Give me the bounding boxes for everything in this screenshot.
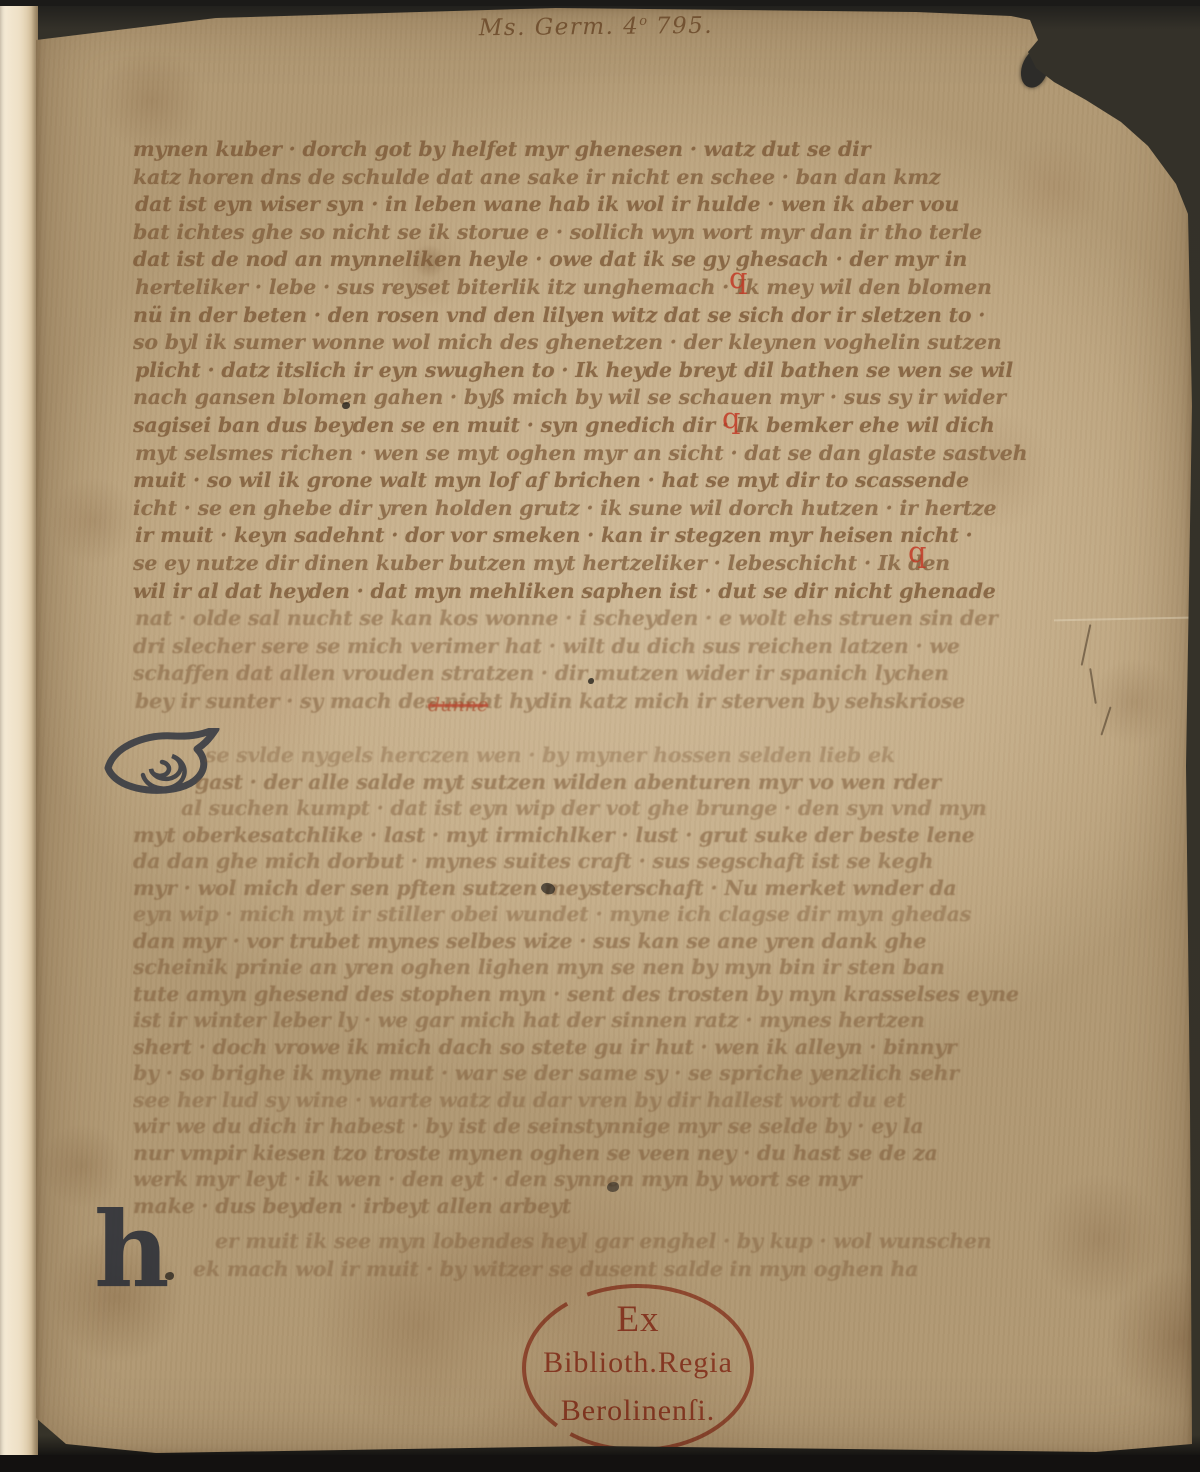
- manuscript-line: wir we du dich ir habest · by ist de sei…: [133, 1113, 1049, 1140]
- manuscript-line: nat · olde sal nucht se kan kos wonne · …: [135, 605, 1049, 633]
- canceled-word: dunne: [428, 694, 488, 716]
- parchment-tear: [1100, 706, 1111, 735]
- shelfmark-inscription: Ms. Germ. 4o 795.: [416, 12, 776, 42]
- parchment-crease: [1054, 617, 1190, 622]
- manuscript-line: myt selsmes richen · wen se myt oghen my…: [135, 440, 1049, 468]
- manuscript-line: dat ist eyn wiser syn · in leben wane ha…: [135, 191, 1049, 219]
- manuscript-line: gast · der alle salde myt sutzen wilden …: [195, 769, 1049, 796]
- photo-background-top: [0, 0, 1200, 6]
- ink-speck: [588, 678, 594, 684]
- library-stamp: Ex Biblioth.Regia Berolinenſi.: [518, 1282, 758, 1454]
- manuscript-line: dan myr · vor trubet mynes selbes wize ·…: [133, 928, 1049, 955]
- manuscript-line: so byl ik sumer wonne wol mich des ghene…: [133, 329, 1049, 357]
- manuscript-line: icht · se en ghebe dir yren holden grutz…: [133, 495, 1049, 523]
- manuscript-line: dri slecher sere se mich verimer hat · w…: [133, 633, 1049, 661]
- shelfmark-prefix: Ms. Germ. 4: [479, 14, 640, 42]
- manuscript-line: myt oberkesatchlike · last · myt irmichl…: [133, 822, 1049, 849]
- manuscript-line: see her lud sy wine · warte watz du dar …: [133, 1087, 1049, 1114]
- manuscript-line: ist ir winter leber ly · we gar mich hat…: [133, 1007, 1049, 1034]
- manuscript-line: ek mach wol ir muit · by witzer se dusen…: [193, 1256, 1051, 1284]
- manuscript-line: herteliker · lebe · sus reyset biterlik …: [135, 274, 1049, 302]
- ink-speck: [607, 1182, 619, 1192]
- ink-speck: [342, 402, 350, 409]
- parchment-tear: [1089, 668, 1097, 704]
- stamp-line-3: Berolinenſi.: [518, 1394, 758, 1428]
- manuscript-line: scheinik prinie an yren oghen lighen myn…: [133, 954, 1049, 981]
- manuscript-line: mynen kuber · dorch got by helfet myr gh…: [133, 136, 1049, 164]
- manuscript-line: plicht · datz itslich ir eyn swughen to …: [135, 357, 1049, 385]
- manuscript-line: dat ist de nod an mynneliken heyle · owe…: [133, 246, 1049, 274]
- manuscript-line: katz horen dns de schulde dat ane sake i…: [133, 164, 1049, 192]
- manuscript-line: shert · doch vrowe ik mich dach so stete…: [133, 1034, 1049, 1061]
- ink-speck: [165, 1272, 174, 1280]
- paraph-mark: q: [729, 264, 748, 293]
- manuscript-line: sagisei ban dus beyden se en muit · syn …: [133, 412, 1049, 440]
- stamp-line-1: Ex: [518, 1298, 758, 1341]
- manuscript-line: tute amyn ghesend des stophen myn · sent…: [133, 981, 1049, 1008]
- flyleaf-binding-edge: [0, 0, 38, 1472]
- manuscript-line: werk myr leyt · ik wen · den eyt · den s…: [133, 1166, 1049, 1193]
- manuscript-line: al suchen kumpt · dat ist eyn wip der vo…: [181, 795, 1049, 822]
- manuscript-line: se svlde nygels herczen wen · by myner h…: [205, 742, 1049, 769]
- manuscript-page: Ms. Germ. 4o 795. mynen kuber · dorch go…: [36, 6, 1192, 1456]
- paraph-mark: q: [722, 404, 741, 433]
- manuscript-line: da dan ghe mich dorbut · mynes suites cr…: [133, 848, 1049, 875]
- text-block-2: se svlde nygels herczen wen · by myner h…: [133, 742, 1049, 1219]
- manuscript-line: er muit ik see myn lobendes heyl gar eng…: [215, 1228, 1051, 1256]
- manuscript-line: eyn wip · mich myt ir stiller obei wunde…: [133, 901, 1049, 928]
- text-block-1: mynen kuber · dorch got by helfet myr gh…: [133, 136, 1049, 715]
- stamp-line-2: Biblioth.Regia: [518, 1346, 758, 1380]
- paraph-mark: q: [908, 538, 927, 567]
- text-block-3: er muit ik see myn lobendes heyl gar eng…: [135, 1228, 1051, 1283]
- manuscript-line: nur vmpir kiesen tzo troste mynen oghen …: [133, 1140, 1049, 1167]
- manuscript-line: myr · wol mich der sen pften sutzen meys…: [133, 875, 1049, 902]
- shelfmark-suffix: 795.: [647, 13, 713, 40]
- manuscript-line: wil ir al dat heyden · dat myn mehliken …: [133, 578, 1049, 606]
- parchment-hole: [1016, 45, 1053, 91]
- manuscript-line: nach gansen blomen gahen · byß mich by w…: [133, 384, 1049, 412]
- manuscript-line: bat ichtes ghe so nicht se ik storue e ·…: [133, 219, 1049, 247]
- manuscript-line: bey ir sunter · sy mach des nicht hydin …: [135, 688, 1049, 716]
- manuscript-line: muit · so wil ik grone walt myn lof af b…: [133, 467, 1049, 495]
- manuscript-line: by · so brighe ik myne mut · war se der …: [133, 1060, 1049, 1087]
- parchment-tear: [1081, 624, 1092, 665]
- photo-background-bottom: [0, 1455, 1200, 1472]
- manuscript-line: nü in der beten · den rosen vnd den lily…: [133, 302, 1049, 330]
- manuscript-line: make · dus beyden · irbeyt allen arbeyt: [133, 1193, 1049, 1220]
